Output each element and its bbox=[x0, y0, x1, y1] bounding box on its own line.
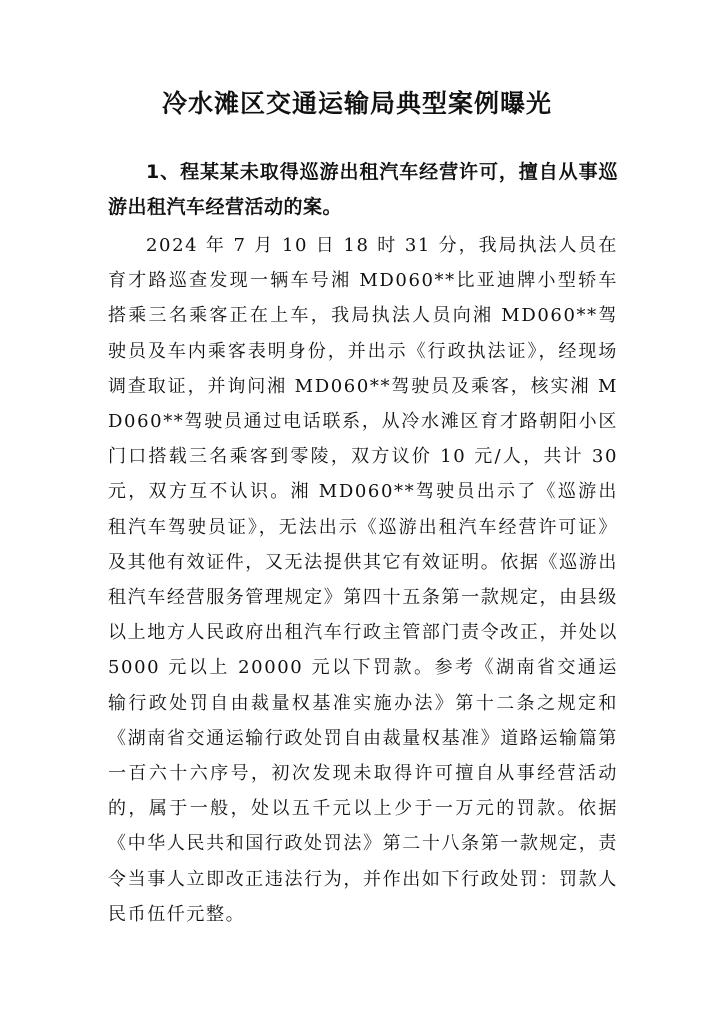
case-heading: 1、程某某未取得巡游出租汽车经营许可，擅自从事巡游出租汽车经营活动的案。 bbox=[108, 155, 618, 225]
case-body-paragraph: 2024 年 7 月 10 日 18 时 31 分，我局执法人员在育才路巡查发现… bbox=[108, 228, 618, 932]
document-page: 冷水滩区交通运输局典型案例曝光 1、程某某未取得巡游出租汽车经营许可，擅自从事巡… bbox=[0, 0, 714, 1010]
document-title: 冷水滩区交通运输局典型案例曝光 bbox=[0, 86, 714, 122]
